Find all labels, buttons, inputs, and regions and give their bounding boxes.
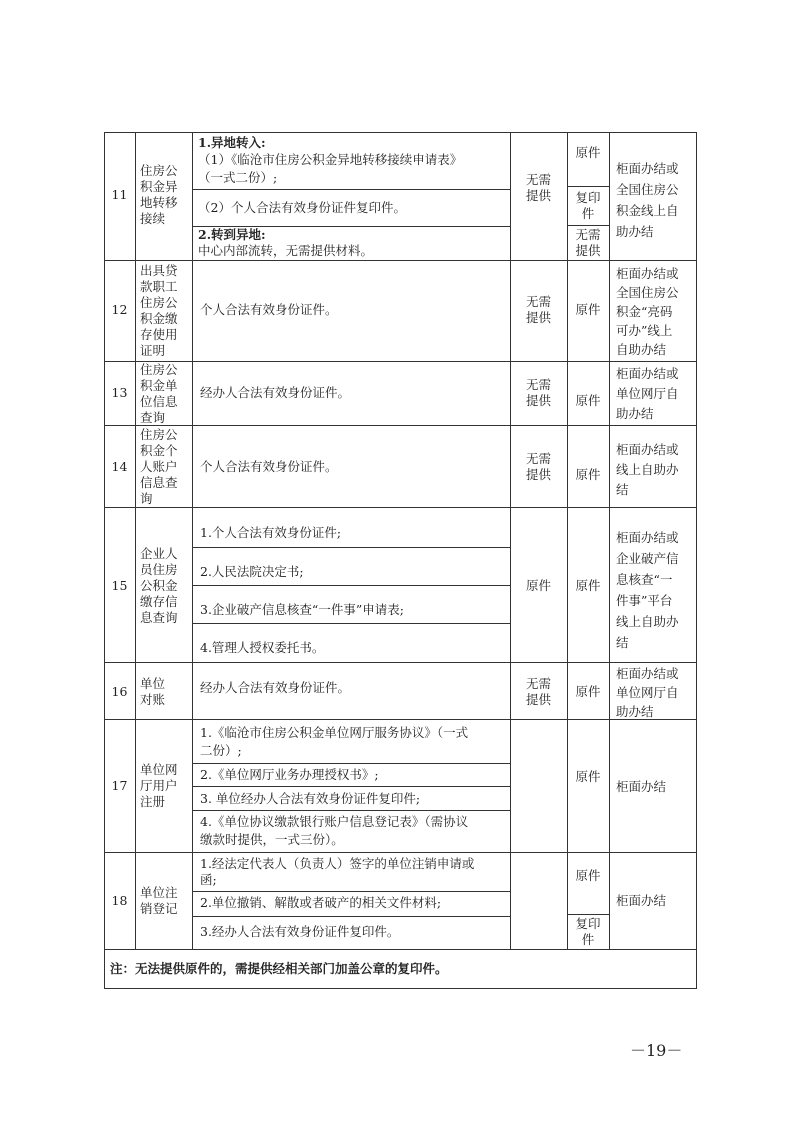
material-line: 3.企业破产信息核查“一件事”申请表;	[200, 602, 404, 618]
handling-method: 柜面办结	[616, 779, 666, 795]
col-divider	[192, 132, 193, 949]
row-number: 15	[104, 578, 135, 594]
material-heading: 1.异地转入:	[198, 135, 266, 151]
sub-divider	[192, 547, 510, 548]
handling-method: 柜面办结或全国住房公积金“亮码可办”线上自助办结	[616, 264, 679, 359]
row-divider	[104, 507, 697, 508]
item-name: 住房公积金单位信息查询	[140, 362, 178, 426]
row-divider	[104, 361, 697, 362]
copy-requirement: 原件	[567, 145, 609, 161]
handling-method: 柜面办结	[616, 893, 666, 909]
sub-divider	[192, 585, 510, 586]
item-name: 出具贷款职工住房公积金缴存使用证明	[140, 263, 178, 359]
row-number: 12	[104, 302, 135, 318]
material-line: 个人合法有效身份证件。	[200, 302, 338, 318]
material-line: （2）个人合法有效身份证件复印件。	[198, 200, 406, 216]
material-heading: 2.转到异地:	[198, 227, 266, 243]
item-name: 单位注销登记	[140, 885, 178, 917]
copy-requirement: 原件	[567, 684, 609, 700]
item-name: 住房公积金异地转移接续	[140, 163, 178, 227]
item-name: 住房公积金个人账户信息查询	[140, 427, 178, 507]
material-line: 1.个人合法有效身份证件;	[200, 525, 341, 541]
original-requirement: 无需提供	[510, 451, 567, 483]
material-line: 3. 单位经办人合法有效身份证件复印件;	[200, 791, 420, 807]
material-line: 3.经办人合法有效身份证件复印件。	[200, 924, 399, 940]
sub-divider	[192, 189, 510, 190]
original-requirement: 原件	[510, 578, 567, 594]
material-line: 4.《单位协议缴款银行账户信息登记表》（需协议缴款时提供，一式三份）。	[200, 813, 468, 849]
material-line: 经办人合法有效身份证件。	[200, 680, 350, 696]
handling-method: 柜面办结或企业破产信息核查“一件事”平台线上自助办结	[616, 527, 679, 653]
copy-requirement: 原件	[567, 868, 609, 884]
row-number: 18	[104, 893, 135, 909]
row-number: 17	[104, 778, 135, 794]
col-divider	[510, 132, 511, 949]
copy-requirement: 原件	[567, 393, 609, 409]
handling-method: 柜面办结或全国住房公积金线上自助办结	[616, 158, 679, 242]
col-divider	[609, 132, 610, 949]
material-line: 经办人合法有效身份证件。	[200, 385, 350, 401]
row-number: 11	[104, 187, 135, 203]
handling-method: 柜面办结或线上自助办结	[616, 440, 679, 500]
row-divider	[104, 949, 697, 950]
item-name: 企业人员住房公积金缴存信息查询	[140, 546, 178, 626]
handling-method: 柜面办结或单位网厅自助办结	[616, 664, 679, 721]
row-number: 14	[104, 459, 135, 475]
sub-divider	[192, 623, 510, 624]
copy-requirement: 复印件	[567, 916, 609, 948]
material-line: 1.《临沧市住房公积金单位网厅服务协议》（一式二份）;	[200, 724, 468, 760]
row-divider	[104, 662, 697, 663]
row-divider	[104, 260, 697, 261]
page-number: －19－	[630, 1038, 682, 1061]
row-divider	[104, 719, 697, 720]
material-line: 1.经法定代表人（负责人）签字的单位注销申请或函;	[200, 856, 474, 888]
copy-requirement: 复印件	[567, 190, 609, 222]
material-line: 中心内部流转，无需提供材料。	[198, 243, 373, 259]
table-note: 注：无法提供原件的，需提供经相关部门加盖公章的复印件。	[110, 961, 448, 977]
sub-divider	[567, 225, 609, 226]
sub-divider	[192, 891, 510, 892]
sub-divider	[192, 916, 510, 917]
material-line: 个人合法有效身份证件。	[200, 459, 338, 475]
row-number: 13	[104, 385, 135, 401]
material-line: 2.人民法院决定书;	[200, 564, 304, 580]
material-line: （1）《临沧市住房公积金异地转移接续申请表》	[198, 152, 462, 168]
copy-requirement: 原件	[567, 769, 609, 785]
item-name: 单位对账	[140, 676, 165, 708]
item-name: 单位网厅用户注册	[140, 762, 178, 810]
sub-divider	[567, 914, 609, 915]
original-requirement: 无需提供	[510, 294, 567, 326]
original-requirement: 无需提供	[510, 676, 567, 708]
copy-requirement: 无需提供	[567, 227, 609, 259]
row-divider	[104, 852, 697, 853]
material-line: 4.管理人授权委托书。	[200, 640, 324, 656]
sub-divider	[192, 763, 510, 764]
sub-divider	[192, 810, 510, 811]
copy-requirement: 原件	[567, 302, 609, 318]
original-requirement: 无需提供	[510, 377, 567, 409]
row-divider	[104, 425, 697, 426]
row-number: 16	[104, 684, 135, 700]
col-divider	[135, 132, 136, 949]
handling-method: 柜面办结或单位网厅自助办结	[616, 364, 679, 424]
material-line: 2.《单位网厅业务办理授权书》;	[200, 767, 379, 783]
copy-requirement: 原件	[567, 578, 609, 594]
sub-divider	[192, 786, 510, 787]
original-requirement: 无需提供	[510, 172, 567, 204]
copy-requirement: 原件	[567, 467, 609, 483]
sub-divider	[567, 186, 609, 187]
material-line: （一式二份）;	[198, 170, 277, 186]
material-line: 2.单位撤销、解散或者破产的相关文件材料;	[200, 895, 441, 911]
